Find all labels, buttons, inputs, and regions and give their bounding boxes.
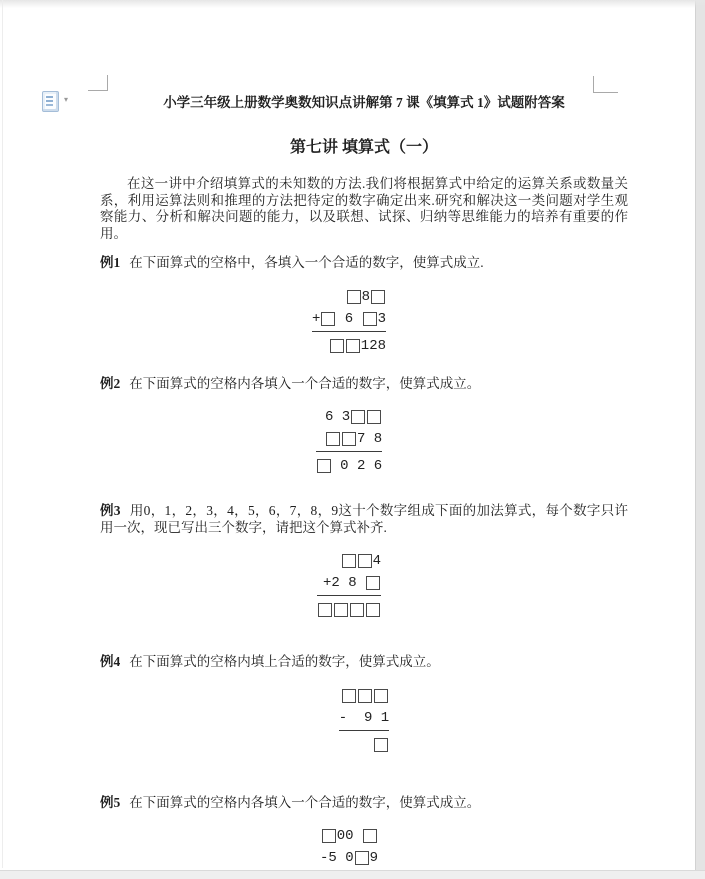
problem-label: 例5 (100, 795, 120, 810)
equation-row: 8 (312, 286, 386, 308)
equation-row: 4 (317, 550, 381, 572)
document-page: 小学三年级上册数学奥数知识点讲解第 7 课《填算式 1》试题附答案 第七讲 填算… (0, 0, 693, 869)
problem-statement: 例4在下面算式的空格内填上合适的数字，使算式成立。 (100, 654, 628, 671)
problem-3: 例3用0，1，2，3，4，5，6，7，8，9这十个数字组成下面的加法算式，每个数… (100, 503, 628, 622)
page-left-edge (2, 0, 3, 868)
equation-digits: 6 (336, 311, 361, 327)
blank-box (358, 554, 372, 568)
equation-digits: 00 (337, 828, 362, 844)
sum-rule (312, 331, 386, 332)
blank-box (366, 603, 380, 617)
blank-box (321, 312, 335, 326)
problem-label: 例3 (100, 503, 121, 518)
equation-digits: 3 (378, 311, 386, 327)
problem-label: 例4 (100, 654, 120, 669)
equation-row: 00 (320, 825, 378, 847)
equation-digits: +2 8 (323, 575, 365, 591)
page-bottom-gutter (0, 870, 705, 879)
equation-row: 0 2 6 (316, 455, 382, 477)
equation-row: 7 8 (316, 428, 382, 450)
problem-5: 例5在下面算式的空格内各填入一个合适的数字，使算式成立。00 -5 09 (100, 795, 628, 870)
problem-text: 用0，1，2，3，4，5，6，7，8，9这十个数字组成下面的加法算式，每个数字只… (100, 503, 628, 535)
problem-text: 在下面算式的空格内填上合适的数字，使算式成立。 (129, 654, 440, 669)
problem-2: 例2在下面算式的空格内各填入一个合适的数字，使算式成立。6 37 8 0 2 6 (100, 376, 628, 479)
equation-digits: -5 0 (320, 850, 354, 866)
problem-label: 例2 (100, 376, 120, 391)
problem-statement: 例3用0，1，2，3，4，5，6，7，8，9这十个数字组成下面的加法算式，每个数… (100, 503, 628, 536)
equation: - 9 1 (339, 685, 389, 756)
blank-box (363, 829, 377, 843)
equation-wrap: 6 37 8 0 2 6 (100, 406, 628, 478)
blank-box (363, 312, 377, 326)
sum-rule (316, 451, 382, 452)
equation-digits: 0 2 6 (332, 458, 382, 474)
equation: 4+2 8 (317, 550, 381, 621)
problem-text: 在下面算式的空格内各填入一个合适的数字，使算式成立。 (129, 376, 480, 391)
blank-box (367, 410, 381, 424)
equation-row (339, 685, 389, 707)
equation-digits: + (312, 311, 320, 327)
problem-1: 例1在下面算式的空格中，各填入一个合适的数字，使算式成立.8+ 6 3128 (100, 255, 628, 358)
problem-4: 例4在下面算式的空格内填上合适的数字，使算式成立。- 9 1 (100, 654, 628, 757)
equation-digits: 4 (373, 553, 381, 569)
equation: 00 -5 09 (320, 825, 378, 869)
equation-row: +2 8 (317, 572, 381, 594)
equation-row: 6 3 (316, 406, 382, 428)
sum-rule (317, 595, 381, 596)
blank-box (330, 339, 344, 353)
blank-box (374, 689, 388, 703)
equation-row (317, 599, 381, 621)
problem-label: 例1 (100, 255, 120, 270)
equation-row: + 6 3 (312, 308, 386, 330)
section-heading: 第七讲 填算式（一） (100, 138, 628, 157)
blank-box (371, 290, 385, 304)
problem-statement: 例1在下面算式的空格中，各填入一个合适的数字，使算式成立. (100, 255, 628, 272)
equation-digits: 6 3 (325, 409, 350, 425)
blank-box (322, 829, 336, 843)
blank-box (358, 689, 372, 703)
equation-digits: 7 8 (357, 431, 382, 447)
page-right-gutter (695, 0, 705, 870)
equation-digits: 9 (370, 850, 378, 866)
blank-box (342, 554, 356, 568)
problem-statement: 例2在下面算式的空格内各填入一个合适的数字，使算式成立。 (100, 376, 628, 393)
equation-wrap: 00 -5 09 (100, 825, 628, 869)
equation-row: - 9 1 (339, 707, 389, 729)
equation-wrap: 4+2 8 (100, 550, 628, 622)
sum-rule (339, 730, 389, 731)
blank-box (374, 738, 388, 752)
blank-box (346, 339, 360, 353)
blank-box (318, 603, 332, 617)
document-viewer-window: { "document": { "title": "小学三年级上册数学奥数知识点… (0, 0, 705, 879)
problem-text: 在下面算式的空格中，各填入一个合适的数字，使算式成立. (129, 255, 483, 270)
equation-row: -5 09 (320, 847, 378, 869)
blank-box (351, 410, 365, 424)
blank-box (342, 432, 356, 446)
equation-wrap: - 9 1 (100, 685, 628, 757)
equation-row: 128 (312, 335, 386, 357)
blank-box (326, 432, 340, 446)
equation: 6 37 8 0 2 6 (316, 406, 382, 477)
paste-options-button[interactable]: ▾ (42, 91, 68, 112)
window-top-shadow (0, 0, 705, 8)
equation-wrap: 8+ 6 3128 (100, 286, 628, 358)
problem-text: 在下面算式的空格内各填入一个合适的数字，使算式成立。 (129, 795, 480, 810)
blank-box (350, 603, 364, 617)
problems-list: 例1在下面算式的空格中，各填入一个合适的数字，使算式成立.8+ 6 3128例2… (100, 255, 628, 869)
blank-box (355, 851, 369, 865)
blank-box (317, 459, 331, 473)
equation: 8+ 6 3128 (312, 286, 386, 357)
blank-box (347, 290, 361, 304)
blank-box (342, 689, 356, 703)
dropdown-arrow-icon: ▾ (64, 95, 68, 104)
paste-options-icon (42, 91, 59, 112)
equation-row (339, 734, 389, 756)
intro-paragraph: 在这一讲中介绍填算式的未知数的方法.我们将根据算式中给定的运算关系或数量关系，利… (100, 176, 628, 242)
equation-digits: 128 (361, 338, 386, 354)
blank-box (366, 576, 380, 590)
problem-statement: 例5在下面算式的空格内各填入一个合适的数字，使算式成立。 (100, 795, 628, 812)
blank-box (334, 603, 348, 617)
document-title: 小学三年级上册数学奥数知识点讲解第 7 课《填算式 1》试题附答案 (100, 95, 628, 110)
equation-digits: 8 (362, 289, 370, 305)
equation-digits: - 9 1 (339, 710, 389, 726)
